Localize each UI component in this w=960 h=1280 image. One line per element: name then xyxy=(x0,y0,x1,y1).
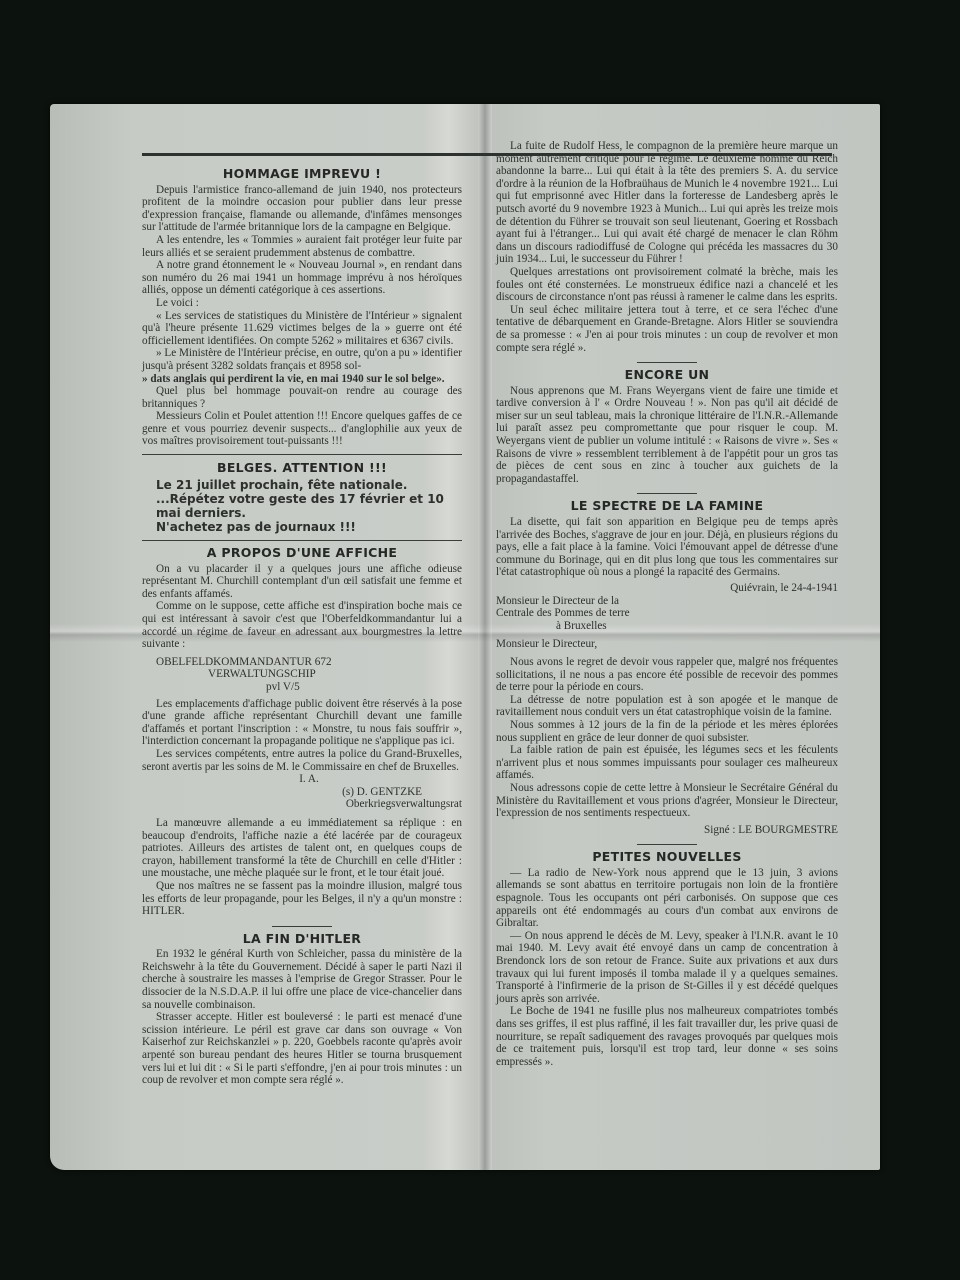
letter-signature: Signé : LE BOURGMESTRE xyxy=(496,824,838,837)
paragraph: Nous adressons copie de cette lettre à M… xyxy=(496,782,838,820)
signature-line: I. A. xyxy=(142,773,462,786)
section-separator xyxy=(637,844,697,845)
paragraph: La détresse de notre population est à so… xyxy=(496,694,838,719)
callout-line: ...Répétez votre geste des 17 février et… xyxy=(142,492,462,520)
article-hommage-imprevu: HOMMAGE IMPREVU ! Depuis l'armistice fra… xyxy=(142,168,462,448)
section-rule xyxy=(142,540,462,541)
article-spectre-famine: LE SPECTRE DE LA FAMINE La disette, qui … xyxy=(496,500,838,836)
paragraph: Messieurs Colin et Poulet attention !!! … xyxy=(142,410,462,448)
article-fin-hitler: LA FIN D'HITLER En 1932 le général Kurth… xyxy=(142,933,462,1087)
paragraph: La manœuvre allemande a eu immédiatement… xyxy=(142,817,462,880)
article-title: A PROPOS D'UNE AFFICHE xyxy=(142,547,462,560)
paragraph: Nous sommes à 12 jours de la fin de la p… xyxy=(496,719,838,744)
section-rule xyxy=(142,454,462,455)
paragraph: Le voici : xyxy=(142,297,462,310)
paragraph: Que nos maîtres ne se fassent pas la moi… xyxy=(142,880,462,918)
paragraph: Un seul échec militaire jettera tout à t… xyxy=(496,304,838,354)
paragraph: On a vu placarder il y a quelques jours … xyxy=(142,563,462,601)
paragraph: En 1932 le général Kurth von Schleicher,… xyxy=(142,948,462,1011)
letterhead-line: VERWALTUNGSCHIP xyxy=(142,668,462,681)
paragraph: Depuis l'armistice franco-allemand de ju… xyxy=(142,184,462,234)
paragraph: Les services compétents, entre autres la… xyxy=(142,748,462,773)
callout-line: N'achetez pas de journaux !!! xyxy=(142,520,462,534)
article-belges-attention: BELGES. ATTENTION !!! Le 21 juillet proc… xyxy=(142,461,462,534)
article-encore-un: ENCORE UN Nous apprenons que M. Frans We… xyxy=(496,369,838,485)
letter-salutation: Monsieur le Directeur, xyxy=(496,638,838,651)
signature-name: (s) D. GENTZKE xyxy=(142,786,462,799)
paragraph: Strasser accepte. Hitler est bouleversé … xyxy=(142,1011,462,1087)
article-title: HOMMAGE IMPREVU ! xyxy=(142,168,462,181)
paragraph: La fuite de Rudolf Hess, le compagnon de… xyxy=(496,140,838,266)
article-title: LE SPECTRE DE LA FAMINE xyxy=(496,500,838,513)
section-separator xyxy=(272,926,332,927)
article-title: ENCORE UN xyxy=(496,369,838,382)
letter-date: Quiévrain, le 24-4-1941 xyxy=(496,582,838,595)
callout-line: Le 21 juillet prochain, fête nationale. xyxy=(142,478,462,492)
article-a-propos-affiche: A PROPOS D'UNE AFFICHE On a vu placarder… xyxy=(142,547,462,918)
article-hess-continued: La fuite de Rudolf Hess, le compagnon de… xyxy=(496,140,838,354)
newspaper-sheet: HOMMAGE IMPREVU ! Depuis l'armistice fra… xyxy=(50,104,880,1170)
letterhead-line: pvl V/5 xyxy=(142,681,462,694)
signature-title: Oberkriegsverwaltungsrat xyxy=(142,798,462,811)
paragraph: — On nous apprend le décès de M. Levy, s… xyxy=(496,930,838,1006)
paragraph: Quelques arrestations ont provisoirement… xyxy=(496,266,838,304)
quote-bold-line: » dats anglais qui perdirent la vie, en … xyxy=(142,373,462,386)
letter-address-line: à Bruxelles xyxy=(496,620,838,633)
paragraph: Nous apprenons que M. Frans Weyergans vi… xyxy=(496,385,838,486)
article-title: BELGES. ATTENTION !!! xyxy=(142,461,462,475)
quote-paragraph: » Le Ministère de l'Intérieur précise, e… xyxy=(142,347,462,372)
left-column: HOMMAGE IMPREVU ! Depuis l'armistice fra… xyxy=(142,164,462,1087)
article-petites-nouvelles: PETITES NOUVELLES — La radio de New-York… xyxy=(496,851,838,1068)
letter-address-line: Monsieur le Directeur de la xyxy=(496,595,838,608)
section-separator xyxy=(637,362,697,363)
paragraph: Comme on le suppose, cette affiche est d… xyxy=(142,600,462,650)
letterhead-line: OBELFELDKOMMANDANTUR 672 xyxy=(142,656,462,669)
paragraph: Quel plus bel hommage pouvait-on rendre … xyxy=(142,385,462,410)
paragraph: Les emplacements d'affichage public doiv… xyxy=(142,698,462,748)
paragraph: — La radio de New-York nous apprend que … xyxy=(496,867,838,930)
quote-paragraph: « Les services de statistiques du Minist… xyxy=(142,310,462,348)
section-separator xyxy=(637,493,697,494)
letterhead: OBELFELDKOMMANDANTUR 672 VERWALTUNGSCHIP… xyxy=(142,656,462,694)
paragraph: A notre grand étonnement le « Nouveau Jo… xyxy=(142,259,462,297)
letter-address-line: Centrale des Pommes de terre xyxy=(496,607,838,620)
paragraph: Le Boche de 1941 ne fusille plus nos mal… xyxy=(496,1005,838,1068)
article-title: PETITES NOUVELLES xyxy=(496,851,838,864)
vertical-fold-crease xyxy=(478,104,492,1170)
right-column: La fuite de Rudolf Hess, le compagnon de… xyxy=(496,140,838,1068)
article-title: LA FIN D'HITLER xyxy=(142,933,462,946)
paragraph: A les entendre, les « Tommies » auraient… xyxy=(142,234,462,259)
paragraph: Nous avons le regret de devoir vous rapp… xyxy=(496,656,838,694)
paragraph: La disette, qui fait son apparition en B… xyxy=(496,516,838,579)
paragraph: La faible ration de pain est épuisée, le… xyxy=(496,744,838,782)
